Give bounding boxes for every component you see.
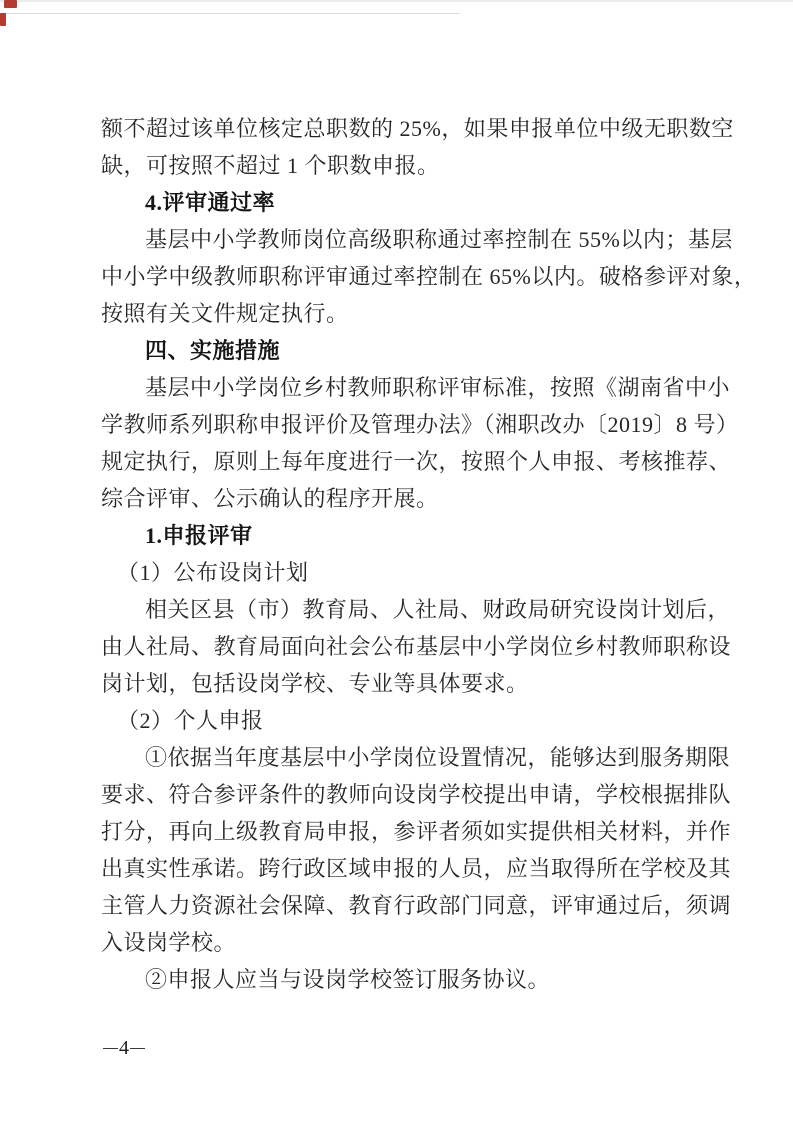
red-stamp-artifact-2 xyxy=(0,13,6,26)
text-line: （2）个人申报 xyxy=(101,702,723,739)
page-footer: 4 xyxy=(103,1036,145,1060)
text-line: 基层中小学教师岗位高级职称通过率控制在 55%以内；基层 xyxy=(101,221,723,258)
text-line: 缺，可按照不超过 1 个职数申报。 xyxy=(101,147,723,184)
text-line: ①依据当年度基层中小学岗位设置情况，能够达到服务期限 xyxy=(101,739,723,776)
text-line: ②申报人应当与设岗学校签订服务协议。 xyxy=(101,961,723,998)
text-line: 中小学中级教师职称评审通过率控制在 65%以内。破格参评对象， xyxy=(101,258,723,295)
text-line: 主管人力资源社会保障、教育行政部门同意，评审通过后，须调 xyxy=(101,887,723,924)
text-line: 由人社局、教育局面向社会公布基层中小学岗位乡村教师职称设 xyxy=(101,628,723,665)
page-number-dash-right xyxy=(130,1048,145,1049)
text-line: 相关区县（市）教育局、人社局、财政局研究设岗计划后， xyxy=(101,591,723,628)
text-line: 额不超过该单位核定总职数的 25%，如果申报单位中级无职数空 xyxy=(101,110,723,147)
text-line: 入设岗学校。 xyxy=(101,924,723,961)
heading-line: 四、实施措施 xyxy=(101,332,723,369)
scan-top-edge-line xyxy=(0,0,793,2)
document-body: 额不超过该单位核定总职数的 25%，如果申报单位中级无职数空缺，可按照不超过 1… xyxy=(101,110,723,998)
red-stamp-artifact-1 xyxy=(4,0,17,8)
text-line: 岗计划，包括设岗学校、专业等具体要求。 xyxy=(101,665,723,702)
text-line: 基层中小学岗位乡村教师职称评审标准，按照《湖南省中小 xyxy=(101,369,723,406)
text-line: 出真实性承诺。跨行政区域申报的人员，应当取得所在学校及其 xyxy=(101,850,723,887)
text-line: 规定执行，原则上每年度进行一次，按照个人申报、考核推荐、 xyxy=(101,443,723,480)
page-number-dash-left xyxy=(103,1048,118,1049)
heading-line: 1.申报评审 xyxy=(101,517,723,554)
text-line: 按照有关文件规定执行。 xyxy=(101,295,723,332)
text-line: 综合评审、公示确认的程序开展。 xyxy=(101,480,723,517)
heading-line: 4.评审通过率 xyxy=(101,184,723,221)
page-number: 4 xyxy=(118,1036,130,1060)
text-line: 学教师系列职称申报评价及管理办法》（湘职改办〔2019〕8 号） xyxy=(101,406,723,443)
text-line: 要求、符合参评条件的教师向设岗学校提出申请，学校根据排队 xyxy=(101,776,723,813)
document-page: 额不超过该单位核定总职数的 25%，如果申报单位中级无职数空缺，可按照不超过 1… xyxy=(0,0,793,1122)
scan-crease-line xyxy=(0,13,460,14)
text-line: （1）公布设岗计划 xyxy=(101,554,723,591)
text-line: 打分，再向上级教育局申报，参评者须如实提供相关材料，并作 xyxy=(101,813,723,850)
